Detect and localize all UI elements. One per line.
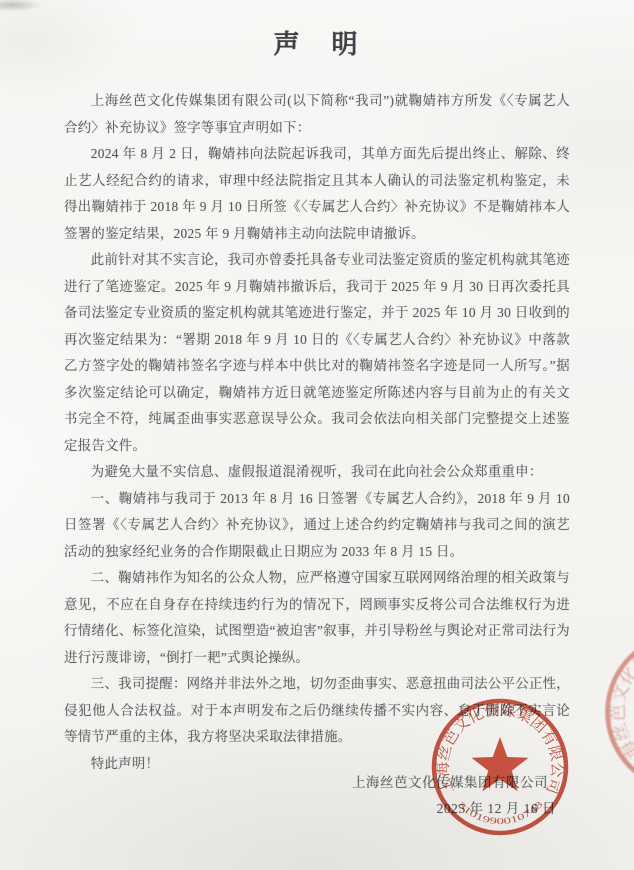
statement-para-1: 2024 年 8 月 2 日，鞠婧祎向法院起诉我司，其单方面先后提出终止、解除、… xyxy=(64,141,570,247)
company-seal: 上海丝芭文化传媒集团有限公司 3101990010748 xyxy=(425,692,575,842)
statement-item-1: 一、鞠婧祎与我司于 2013 年 8 月 16 日签署《专属艺人合约》，2018… xyxy=(64,486,570,566)
statement-body: 上海丝芭文化传媒集团有限公司(以下简称“我司”)就鞠婧祎方所发《〈专属艺人合约〉… xyxy=(64,88,570,777)
statement-para-2: 此前针对其不实言论，我司亦曾委托具备专业司法鉴定资质的鉴定机构就其笔迹进行了笔迹… xyxy=(64,247,570,459)
seal-star-icon xyxy=(472,737,529,791)
statement-para-3: 为避免大量不实信息、虚假报道混淆视听，我司在此向社会公众郑重重申： xyxy=(64,459,570,486)
statement-item-2: 二、鞠婧祎作为知名的公众人物，应严格遵守国家互联网网络治理的相关政策与意见，不应… xyxy=(64,565,570,671)
svg-text:3101990010748: 3101990010748 xyxy=(456,798,545,826)
scanned-statement-page: 声 明 上海丝芭文化传媒集团有限公司(以下简称“我司”)就鞠婧祎方所发《〈专属艺… xyxy=(0,0,634,870)
seal-company-arc-text: 上海丝芭文化传媒集团有限公司 xyxy=(578,605,634,782)
seal-number-arc-text: 3101990010748 xyxy=(456,798,545,826)
page-title: 声 明 xyxy=(0,24,634,61)
statement-intro: 上海丝芭文化传媒集团有限公司(以下简称“我司”)就鞠婧祎方所发《〈专属艺人合约〉… xyxy=(64,88,570,141)
svg-text:上海丝芭文化传媒集团有限公司: 上海丝芭文化传媒集团有限公司 xyxy=(578,605,634,782)
